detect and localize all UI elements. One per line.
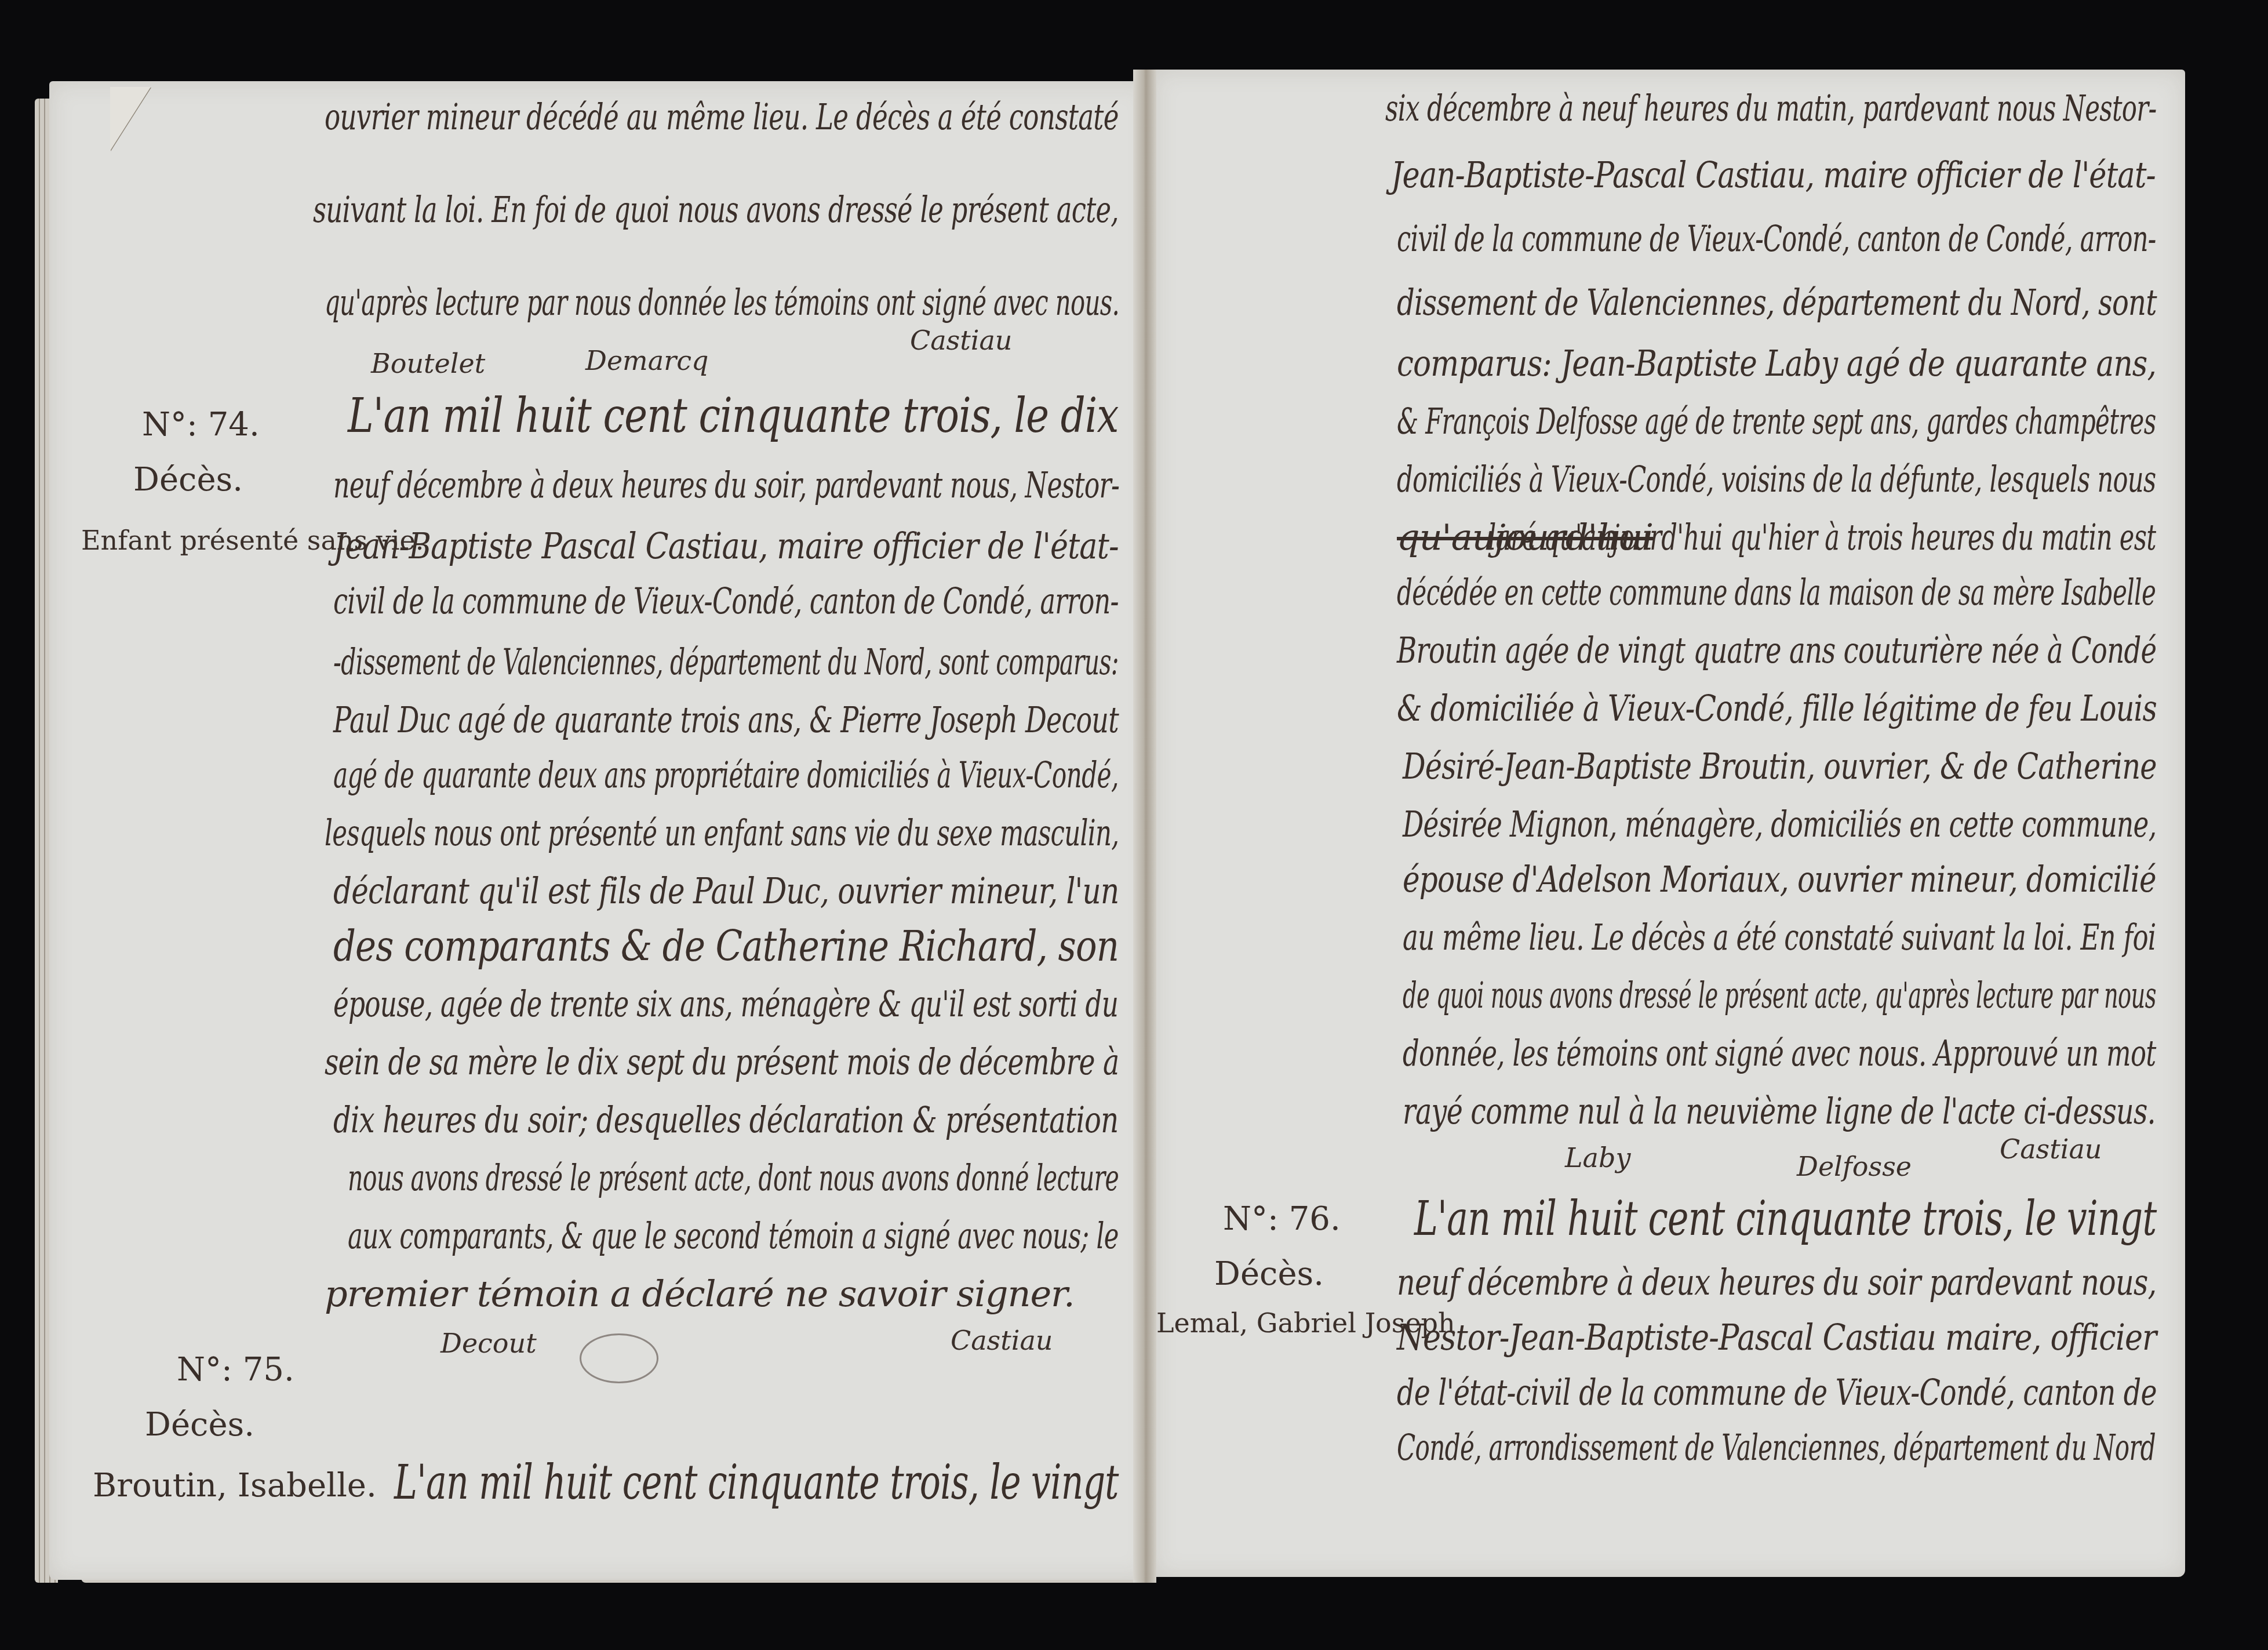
text-line: nous avons dressé le présent acte, dont … — [348, 1157, 1119, 1199]
text-line: déclarant qu'il est fils de Paul Duc, ou… — [333, 870, 1119, 912]
text-line: & domiciliée à Vieux-Condé, fille légiti… — [1397, 687, 2157, 729]
signature: Delfosse — [1797, 1151, 1912, 1182]
signature: Boutelet — [371, 348, 485, 379]
text-line: Jean-Baptiste-Pascal Castiau, maire offi… — [1391, 154, 2156, 196]
text-line: sein de sa mère le dix sept du présent m… — [325, 1041, 1119, 1083]
text-line: Nestor-Jean-Baptiste-Pascal Castiau mair… — [1397, 1316, 2156, 1358]
text-line: Broutin agée de vingt quatre ans couturi… — [1397, 629, 2156, 671]
text-line: six décembre à neuf heures du matin, par… — [1385, 87, 2157, 129]
text-line: civil de la commune de Vieux-Condé, cant… — [1397, 217, 2156, 260]
entry-subject: Broutin, Isabelle. — [93, 1467, 377, 1504]
text-line: de l'état-civil de la commune de Vieux-C… — [1397, 1371, 2157, 1413]
text-line: neuf décembre à deux heures du soir pard… — [1397, 1261, 2156, 1303]
text-line: agé de quarante deux ans propriétaire do… — [333, 754, 1119, 796]
entry-opening-line: L'an mil huit cent cinquante trois, le d… — [348, 388, 1119, 444]
text-line: dissement de Valenciennes, département d… — [1397, 281, 2157, 324]
signature: Laby — [1565, 1142, 1630, 1173]
entry-number: N°: 74. — [142, 406, 260, 444]
text-line: épouse d'Adelson Moriaux, ouvrier mineur… — [1403, 858, 2156, 900]
text-line: lesquels nous ont présenté un enfant san… — [325, 812, 1119, 854]
signature: Demarcq — [585, 345, 708, 376]
signature: Castiau — [910, 325, 1012, 356]
text-line: ouvrier mineur décédé au même lieu. Le d… — [325, 96, 1119, 138]
text-line: neuf décembre à deux heures du soir, par… — [333, 464, 1119, 506]
text-line-remainder: ont déclaré qu'aujourd'hui qu'hier à tro… — [1397, 516, 2156, 558]
text-line: épouse, agée de trente six ans, ménagère… — [333, 983, 1118, 1025]
text-line: civil de la commune de Vieux-Condé, cant… — [333, 580, 1119, 622]
text-line: au même lieu. Le décès a été constaté su… — [1403, 916, 2156, 958]
text-line: qu'après lecture par nous donnée les tém… — [325, 281, 1119, 324]
entry-number: N°: 75. — [177, 1351, 294, 1389]
witness-mark — [580, 1333, 658, 1383]
book-gutter — [1133, 70, 1156, 1583]
entry-number: N°: 76. — [1223, 1200, 1341, 1238]
signature: Decout — [441, 1328, 537, 1359]
text-line: dix heures du soir; desquelles déclarati… — [333, 1099, 1118, 1141]
text-line: Désirée Mignon, ménagère, domiciliés en … — [1403, 803, 2156, 845]
text-line: Paul Duc agé de quarante trois ans, & Pi… — [333, 699, 1119, 741]
folded-corner — [110, 87, 151, 151]
text-line: -dissement de Valenciennes, département … — [333, 641, 1119, 683]
text-line: des comparants & de Catherine Richard, s… — [333, 922, 1119, 971]
text-line: premier témoin a déclaré ne savoir signe… — [325, 1273, 1075, 1315]
text-line: & François Delfosse agé de trente sept a… — [1397, 400, 2156, 442]
text-line: Condé, arrondissement de Valenciennes, d… — [1397, 1426, 2156, 1469]
entry-opening-line: L'an mil huit cent cinquante trois, le v… — [394, 1455, 1119, 1510]
text-line: Désiré-Jean-Baptiste Broutin, ouvrier, &… — [1403, 745, 2157, 787]
text-line: comparus: Jean-Baptiste Laby agé de quar… — [1397, 342, 2156, 384]
text-line: suivant la loi. En foi de quoi nous avon… — [313, 188, 1119, 231]
entry-opening-line: L'an mil huit cent cinquante trois, le v… — [1414, 1191, 2156, 1246]
text-line: de quoi nous avons dressé le présent act… — [1403, 974, 2156, 1016]
text-line: aux comparants, & que le second témoin a… — [348, 1215, 1119, 1257]
entry-type: Décès. — [1214, 1255, 1324, 1293]
text-line: domiciliés à Vieux-Condé, voisins de la … — [1397, 458, 2156, 500]
text-line: décédée en cette commune dans la maison … — [1397, 571, 2156, 613]
entry-type: Décès. — [145, 1406, 254, 1444]
signature: Castiau — [951, 1325, 1053, 1356]
signature: Castiau — [2000, 1133, 2102, 1165]
text-line: Jean-Baptiste Pascal Castiau, maire offi… — [333, 525, 1119, 567]
text-line: donnée, les témoins ont signé avec nous.… — [1403, 1032, 2156, 1074]
text-line: rayé comme nul à la neuvième ligne de l'… — [1403, 1090, 2156, 1132]
entry-type: Décès. — [133, 461, 243, 499]
